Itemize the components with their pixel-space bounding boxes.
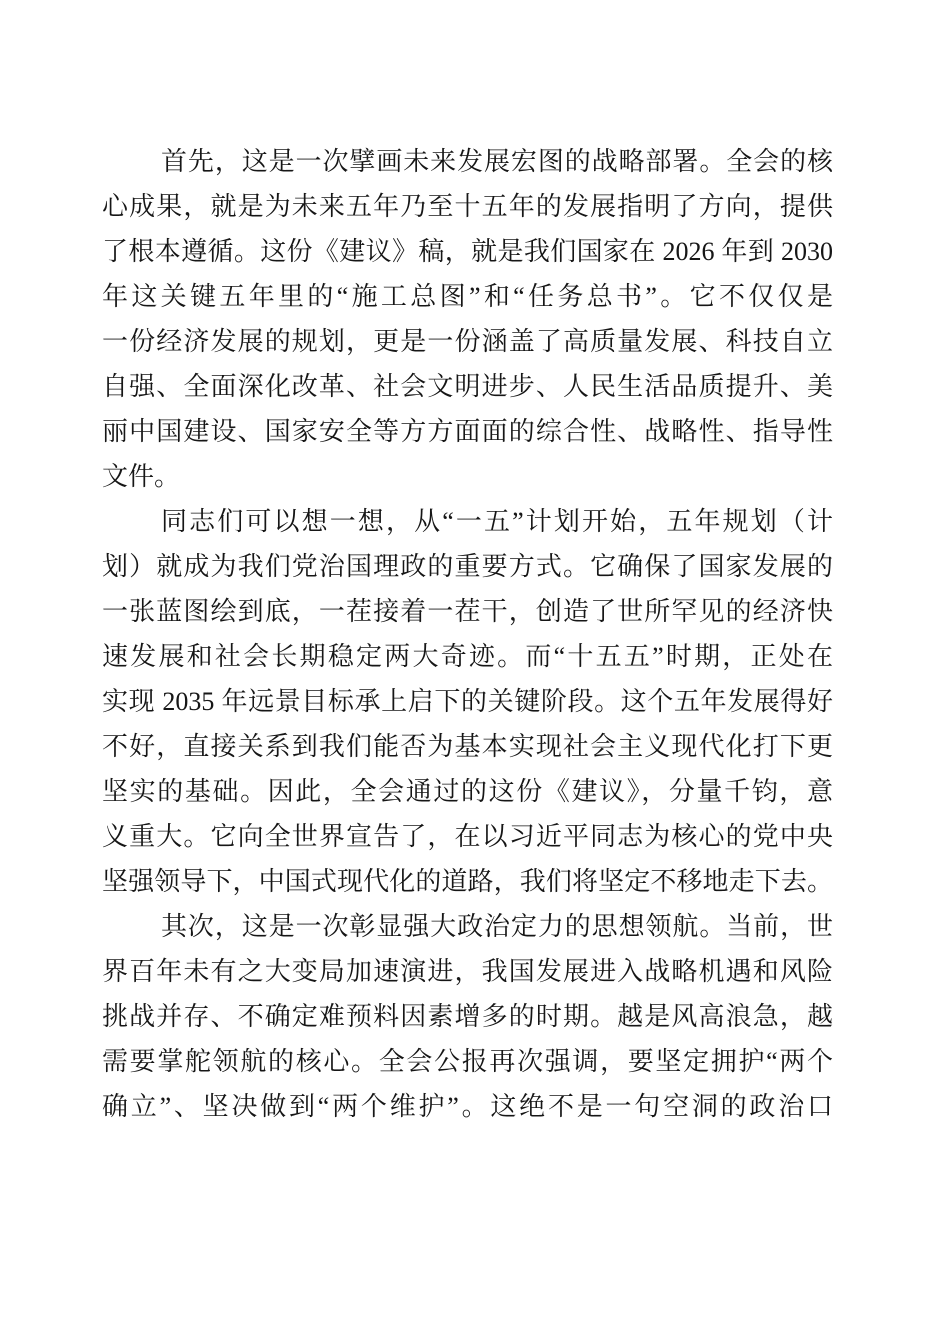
text-line: 坚强领导下，中国式现代化的道路，我们将坚定不移地走下去。 xyxy=(102,859,833,904)
text-line: 一张蓝图绘到底，一茬接着一茬干，创造了世所罕见的经济快 xyxy=(102,589,833,634)
text-line: 不好，直接关系到我们能否为基本实现社会主义现代化打下更 xyxy=(102,724,833,769)
paragraph-1: 首先，这是一次擘画未来发展宏图的战略部署。全会的核 心成果，就是为未来五年乃至十… xyxy=(102,139,833,499)
text-line: 同志们可以想一想，从“一五”计划开始，五年规划（计 xyxy=(102,499,833,544)
text-line: 义重大。它向全世界宣告了，在以习近平同志为核心的党中央 xyxy=(102,814,833,859)
text-line: 一份经济发展的规划，更是一份涵盖了高质量发展、科技自立 xyxy=(102,319,833,364)
paragraph-3: 其次，这是一次彰显强大政治定力的思想领航。当前，世 界百年未有之大变局加速演进，… xyxy=(102,904,833,1129)
text-line: 丽中国建设、国家安全等方方面面的综合性、战略性、指导性 xyxy=(102,409,833,454)
text-line: 文件。 xyxy=(102,454,833,499)
text-line: 首先，这是一次擘画未来发展宏图的战略部署。全会的核 xyxy=(102,139,833,184)
text-line: 挑战并存、不确定难预料因素增多的时期。越是风高浪急，越 xyxy=(102,994,833,1039)
document-page: 首先，这是一次擘画未来发展宏图的战略部署。全会的核 心成果，就是为未来五年乃至十… xyxy=(0,0,950,1344)
paragraph-2: 同志们可以想一想，从“一五”计划开始，五年规划（计 划）就成为我们党治国理政的重… xyxy=(102,499,833,904)
text-line: 了根本遵循。这份《建议》稿，就是我们国家在 2026 年到 2030 xyxy=(102,229,833,274)
text-line: 划）就成为我们党治国理政的重要方式。它确保了国家发展的 xyxy=(102,544,833,589)
text-line: 坚实的基础。因此，全会通过的这份《建议》，分量千钧，意 xyxy=(102,769,833,814)
text-line: 需要掌舵领航的核心。全会公报再次强调，要坚定拥护“两个 xyxy=(102,1039,833,1084)
text-line: 心成果，就是为未来五年乃至十五年的发展指明了方向，提供 xyxy=(102,184,833,229)
text-line: 实现 2035 年远景目标承上启下的关键阶段。这个五年发展得好 xyxy=(102,679,833,724)
text-line: 界百年未有之大变局加速演进，我国发展进入战略机遇和风险 xyxy=(102,949,833,994)
text-line: 确立”、坚决做到“两个维护”。这绝不是一句空洞的政治口 xyxy=(102,1084,833,1129)
text-line: 年这关键五年里的“施工总图”和“任务总书”。它不仅仅是 xyxy=(102,274,833,319)
text-line: 其次，这是一次彰显强大政治定力的思想领航。当前，世 xyxy=(102,904,833,949)
text-line: 速发展和社会长期稳定两大奇迹。而“十五五”时期，正处在 xyxy=(102,634,833,679)
text-line: 自强、全面深化改革、社会文明进步、人民生活品质提升、美 xyxy=(102,364,833,409)
document-text-block: 首先，这是一次擘画未来发展宏图的战略部署。全会的核 心成果，就是为未来五年乃至十… xyxy=(102,139,833,1129)
